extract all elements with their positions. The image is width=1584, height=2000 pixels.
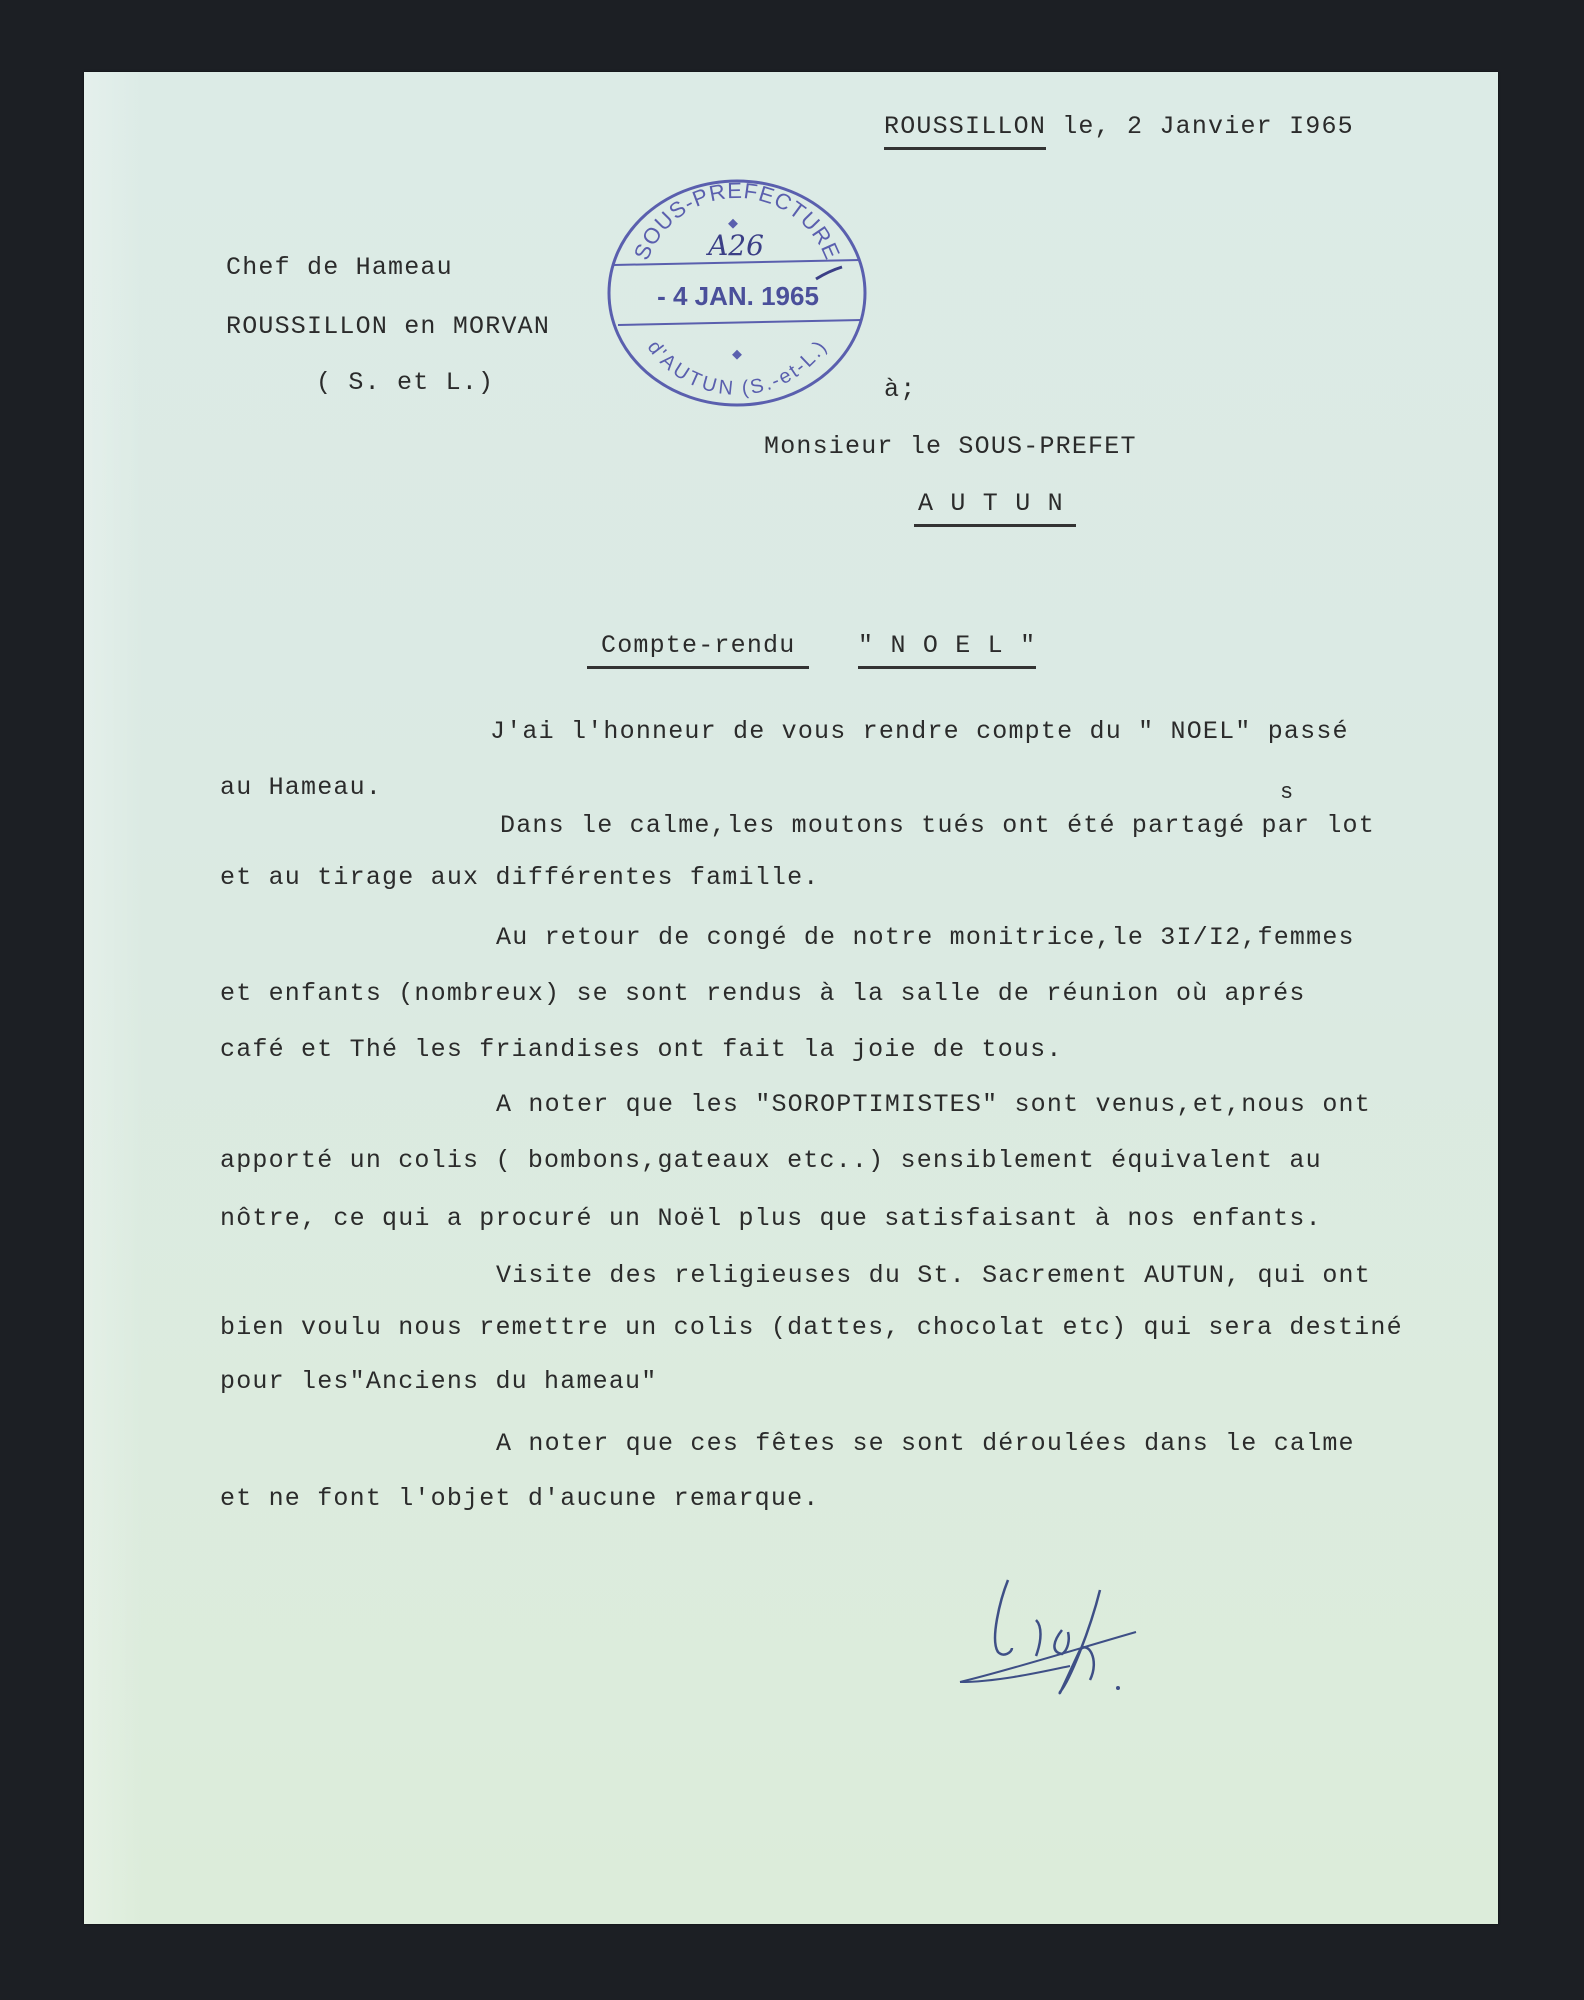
body-line: et au tirage aux différentes famille. — [220, 865, 820, 890]
body-line: Au retour de congé de notre monitrice,le… — [496, 925, 1355, 950]
body-line: apporté un colis ( bombons,gateaux etc..… — [220, 1148, 1322, 1173]
body-line: A noter que ces fêtes se sont déroulées … — [496, 1431, 1355, 1456]
signature — [950, 1570, 1140, 1710]
date-line: ROUSSILLON le, 2 Janvier I965 — [884, 114, 1354, 139]
recipient-name: Monsieur le SOUS-PREFET — [764, 434, 1137, 459]
stamp-date: - 4 JAN. 1965 — [657, 281, 819, 311]
body-line: pour les"Anciens du hameau" — [220, 1369, 657, 1394]
body-line: J'ai l'honneur de vous rendre compte du … — [490, 719, 1349, 744]
handwritten-correction-s: s — [1280, 780, 1293, 805]
subject-label: Compte-rendu — [587, 631, 809, 669]
body-line: et enfants (nombreux) se sont rendus à l… — [220, 981, 1306, 1006]
recipient-city: A U T U N — [914, 491, 1076, 516]
letter-page: ROUSSILLON le, 2 Janvier I965 Chef de Ha… — [84, 72, 1498, 1924]
stamp-handwritten-number: A26 — [705, 229, 764, 262]
sous-prefecture-stamp: SOUS-PREFECTURE d'AUTUN (S.-et-L.) A26 -… — [604, 175, 870, 411]
body-line: bien voulu nous remettre un colis (datte… — [220, 1315, 1403, 1340]
subject-title: " N O E L " — [858, 631, 1036, 669]
body-line: Dans le calme,les moutons tués ont été p… — [500, 813, 1375, 838]
body-line: nôtre, ce qui a procuré un Noël plus que… — [220, 1206, 1322, 1231]
sender-line-2: ROUSSILLON en MORVAN — [226, 314, 550, 339]
date-text: le, 2 Janvier I965 — [1046, 112, 1354, 141]
date-place: ROUSSILLON — [884, 112, 1046, 150]
subject-line: Compte-rendu " N O E L " — [587, 633, 1036, 658]
sender-line-1: Chef de Hameau — [226, 255, 453, 280]
recipient-to: à; — [884, 377, 916, 402]
body-line: et ne font l'objet d'aucune remarque. — [220, 1486, 820, 1511]
body-line: au Hameau. — [220, 775, 382, 800]
body-line: café et Thé les friandises ont fait la j… — [220, 1037, 1063, 1062]
body-line: A noter que les "SOROPTIMISTES" sont ven… — [496, 1092, 1371, 1117]
sender-line-3: ( S. et L.) — [316, 370, 494, 395]
body-line: Visite des religieuses du St. Sacrement … — [496, 1263, 1371, 1288]
